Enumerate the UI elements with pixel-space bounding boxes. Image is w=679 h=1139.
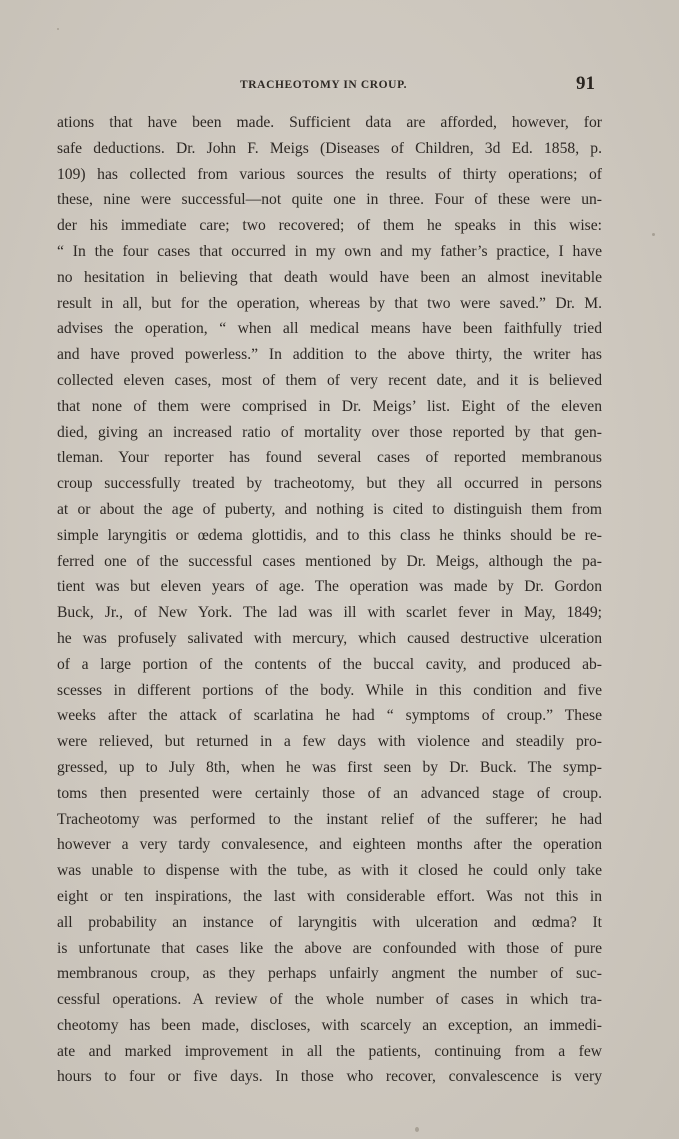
text-line: tleman. Your reporter has found several … <box>57 445 602 471</box>
text-line: hours to four or five days. In those who… <box>57 1064 602 1090</box>
text-line: is unfortunate that cases like the above… <box>57 936 602 962</box>
running-title: TRACHEOTOMY IN CROUP. <box>240 79 407 91</box>
text-line: membranous croup, as they perhaps unfair… <box>57 961 602 987</box>
text-line: all probability an instance of laryngiti… <box>57 910 602 936</box>
text-line: simple laryngitis or œdema glottidis, an… <box>57 523 602 549</box>
text-line: of a large portion of the contents of th… <box>57 652 602 678</box>
text-line: however a very tardy convalesence, and e… <box>57 832 602 858</box>
text-line: Buck, Jr., of New York. The lad was ill … <box>57 600 602 626</box>
text-line: were relieved, but returned in a few day… <box>57 729 602 755</box>
text-line: these, nine were successful—not quite on… <box>57 187 602 213</box>
page-number: 91 <box>576 73 595 95</box>
text-line: no hesitation in believing that death wo… <box>57 265 602 291</box>
text-line: ations that have been made. Sufficient d… <box>57 110 602 136</box>
text-line: croup successfully treated by tracheotom… <box>57 471 602 497</box>
text-line: at or about the age of puberty, and noth… <box>57 497 602 523</box>
text-line: scesses in different portions of the bod… <box>57 678 602 704</box>
paper-speck <box>652 233 655 236</box>
text-line: ferred one of the successful cases menti… <box>57 549 602 575</box>
text-line: that none of them were comprised in Dr. … <box>57 394 602 420</box>
text-line: 109) has collected from various sources … <box>57 162 602 188</box>
paper-speck <box>415 1127 419 1132</box>
paper-speck <box>57 28 59 30</box>
text-line: toms then presented were certainly those… <box>57 781 602 807</box>
text-line: was unable to dispense with the tube, as… <box>57 858 602 884</box>
text-line: safe deductions. Dr. John F. Meigs (Dise… <box>57 136 602 162</box>
running-head: TRACHEOTOMY IN CROUP. 91 <box>0 76 679 96</box>
text-line: “ In the four cases that occurred in my … <box>57 239 602 265</box>
text-line: tient was but eleven years of age. The o… <box>57 574 602 600</box>
book-page: TRACHEOTOMY IN CROUP. 91 ations that hav… <box>0 0 679 1139</box>
text-line: cessful operations. A review of the whol… <box>57 987 602 1013</box>
text-line: der his immediate care; two recovered; o… <box>57 213 602 239</box>
text-line: collected eleven cases, most of them of … <box>57 368 602 394</box>
text-line: ate and marked improvement in all the pa… <box>57 1039 602 1065</box>
text-line: weeks after the attack of scarlatina he … <box>57 703 602 729</box>
text-line: cheotomy has been made, discloses, with … <box>57 1013 602 1039</box>
text-line: died, giving an increased ratio of morta… <box>57 420 602 446</box>
text-line: eight or ten inspirations, the last with… <box>57 884 602 910</box>
text-line: gressed, up to July 8th, when he was fir… <box>57 755 602 781</box>
body-text: ations that have been made. Sufficient d… <box>57 110 602 1090</box>
text-line: advises the operation, “ when all medica… <box>57 316 602 342</box>
text-line: he was profusely salivated with mercury,… <box>57 626 602 652</box>
text-line: result in all, but for the operation, wh… <box>57 291 602 317</box>
text-line: and have proved powerless.” In addition … <box>57 342 602 368</box>
text-line: Tracheotomy was performed to the instant… <box>57 807 602 833</box>
